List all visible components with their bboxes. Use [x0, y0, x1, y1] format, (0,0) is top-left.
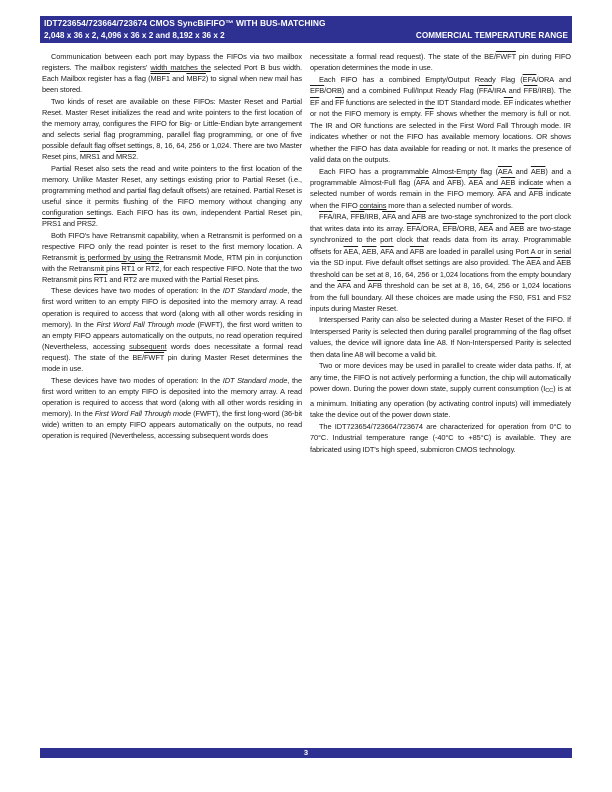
signal-name: FFA — [319, 212, 332, 221]
signal-name: AEB — [362, 247, 377, 256]
signal-name: AEB — [510, 224, 525, 233]
signal-name: AFA — [337, 281, 350, 290]
signal-name: MRS1 — [80, 152, 100, 161]
signal-name: FF — [335, 98, 344, 107]
text-segment: contains — [360, 201, 387, 210]
paragraph: Partial Reset also sets the read and wri… — [42, 163, 302, 230]
signal-name: AFB — [447, 178, 461, 187]
paragraph: These devices have two modes of operatio… — [42, 285, 302, 374]
text-segment: First Word Fall Through mode — [96, 320, 194, 329]
signal-name: AFA — [416, 178, 429, 187]
right-column: necessitate a formal read request). The … — [310, 51, 571, 455]
text-segment: First Word Fall Through mode — [95, 409, 191, 418]
signal-name: MBF2 — [186, 74, 205, 83]
footer-bar: 3 — [40, 748, 572, 758]
paragraph: Interspersed Parity can also be selected… — [310, 314, 571, 360]
signal-name: AEB — [556, 258, 571, 267]
text-segment: subsequent — [129, 342, 166, 351]
part-number-title: IDT723654/723664/723674 CMOS SyncBiFIFO™… — [44, 18, 568, 30]
signal-name: FFB — [524, 86, 538, 95]
text-segment: IDT Standard mode — [223, 376, 288, 385]
temperature-range-label: COMMERCIAL TEMPERATURE RANGE — [416, 30, 568, 42]
signal-name: FWFT — [144, 353, 164, 362]
signal-name: AEA — [469, 178, 483, 187]
page-number: 3 — [304, 748, 308, 757]
signal-name: FFA — [479, 86, 492, 95]
header-bar: IDT723654/723664/723674 CMOS SyncBiFIFO™… — [40, 16, 572, 43]
signal-name: EFB — [443, 224, 457, 233]
signal-name: AFA — [380, 247, 393, 256]
body-text-area: Communication between each port may bypa… — [42, 51, 571, 455]
signal-name: AEA — [498, 167, 512, 176]
paragraph: Both FIFO's have Retransmit capability, … — [42, 230, 302, 286]
text-segment: width matches the — [150, 63, 211, 72]
signal-name: EFA — [407, 224, 421, 233]
signal-name: AFA — [382, 212, 395, 221]
header-subtitle-row: 2,048 x 36 x 2, 4,096 x 36 x 2 and 8,192… — [44, 30, 568, 42]
paragraph: FFA/IRA, FFB/IRB, AFA and AFB are two-st… — [310, 211, 571, 314]
paragraph: Two kinds of reset are available on thes… — [42, 96, 302, 163]
paragraph: necessitate a formal read request). The … — [310, 51, 571, 74]
signal-name: AEA — [526, 258, 540, 267]
left-column: Communication between each port may bypa… — [42, 51, 302, 455]
text-segment: IDT Standard mode — [223, 286, 288, 295]
signal-name: FF — [425, 109, 434, 118]
signal-name: AFA — [497, 189, 510, 198]
signal-name: RT1 — [94, 275, 108, 284]
signal-name: AFB — [368, 281, 382, 290]
text-segment: CC — [545, 388, 553, 394]
signal-name: FFB — [351, 212, 365, 221]
signal-name: AEA — [479, 224, 493, 233]
paragraph: Two or more devices may be used in paral… — [310, 360, 571, 420]
paragraph: Each FIFO has a combined Empty/Output Re… — [310, 74, 571, 166]
signal-name: MBF1 — [150, 74, 169, 83]
signal-name: AEA — [344, 247, 359, 256]
signal-name: PRS2 — [77, 219, 96, 228]
signal-name: FWFT — [496, 52, 516, 61]
signal-name: AFB — [412, 212, 426, 221]
paragraph: These devices have two modes of operatio… — [42, 375, 302, 442]
paragraph: Communication between each port may bypa… — [42, 51, 302, 96]
signal-name: MRS2 — [116, 152, 136, 161]
signal-name: EFA — [523, 75, 537, 84]
signal-name: EFB — [310, 86, 324, 95]
signal-name: PRS1 — [42, 219, 61, 228]
text-segment: is performed by using the — [80, 253, 164, 262]
signal-name: EF — [310, 98, 319, 107]
signal-name: RT1 — [121, 264, 135, 273]
signal-name: RT2 — [123, 275, 137, 284]
signal-name: EF — [504, 98, 513, 107]
signal-name: AFB — [410, 247, 424, 256]
paragraph: The IDT723654/723664/723674 are characte… — [310, 421, 571, 455]
paragraph: Each FIFO has a programmable Almost-Empt… — [310, 166, 571, 212]
signal-name: AEB — [501, 178, 516, 187]
signal-name: AEB — [531, 167, 546, 176]
signal-name: RT2 — [146, 264, 160, 273]
density-subtitle: 2,048 x 36 x 2, 4,096 x 36 x 2 and 8,192… — [44, 30, 225, 42]
signal-name: AFB — [529, 189, 543, 198]
datasheet-page: IDT723654/723664/723674 CMOS SyncBiFIFO™… — [0, 0, 612, 792]
